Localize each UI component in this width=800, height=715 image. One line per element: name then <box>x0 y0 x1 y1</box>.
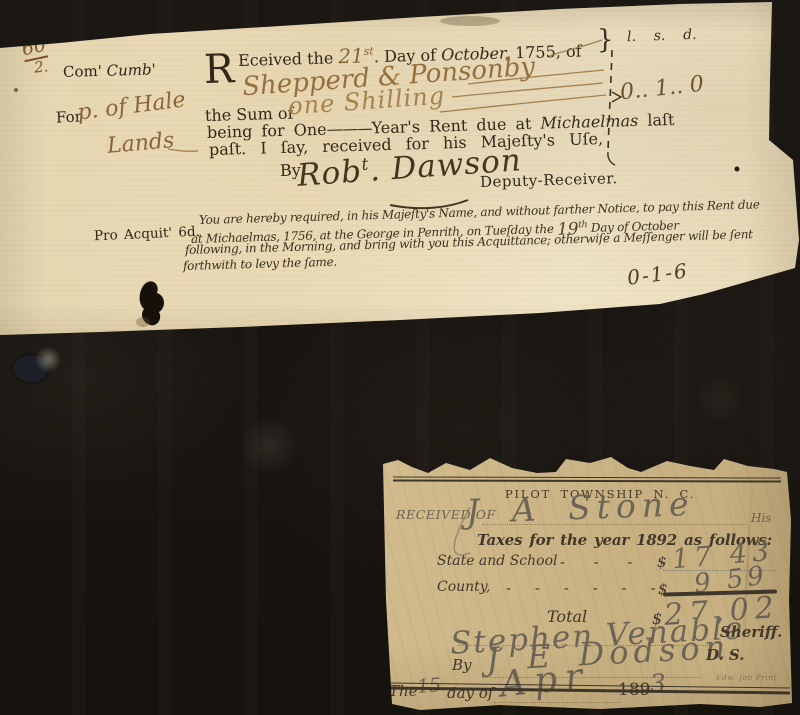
total-label: Total <box>547 607 587 626</box>
land-description-1: p. of Hale <box>76 87 187 125</box>
rent-line-1c: laſt <box>638 110 675 130</box>
tax-year-line: Taxes for the year 1892 as follows: <box>477 531 772 549</box>
row-amount-1: 17 43 <box>671 536 776 576</box>
top-double-rule <box>393 476 781 482</box>
notice-line-3: following, in the Morning, and bring wit… <box>185 227 753 257</box>
date-day-pencil: 15 <box>416 674 442 698</box>
date-year-written: 3 <box>649 668 667 698</box>
dotted-leader-month <box>494 701 620 703</box>
rent-line-1a: being for One <box>207 120 327 142</box>
notice-line-2b: Day of October <box>587 218 679 235</box>
michaelmas-italic: Michaelmas <box>540 111 638 133</box>
month-name: October, <box>441 43 510 64</box>
drop-cap-R: R <box>203 51 234 88</box>
total-amount: 27,02 <box>663 590 781 633</box>
signature-superscript: t <box>361 154 370 174</box>
dotted-leader-amount-1 <box>663 569 775 571</box>
total-rule <box>663 590 777 597</box>
rent-receipt-1755: 60 2. Com' Cumb' R Eceived the 21st. Day… <box>0 0 800 360</box>
deputy-signature: J E Dodson <box>485 628 731 679</box>
date-day-of: day of <box>447 684 493 702</box>
date-year-printed: 189 <box>618 680 650 700</box>
notice-line-2a: at Michaelmas, 1756, at the George in Pe… <box>191 222 558 246</box>
township-heading: PILOT TOWNSHIP N. C. <box>505 487 695 501</box>
received-text-2: . Day of <box>374 45 442 66</box>
rent-line-1: being for One———Year's Rent due at Micha… <box>207 110 675 142</box>
signature-part-2: . Dawson <box>369 142 523 189</box>
day-value: 21 <box>338 43 364 68</box>
printer-credit: Edw. Job Print <box>716 673 777 682</box>
background-smudge-2 <box>688 378 752 420</box>
his-label: His <box>751 511 771 525</box>
signature-part-1: Rob <box>296 153 363 193</box>
folio-number-2: 2. <box>33 57 49 76</box>
received-of-label: RECEIVED OF <box>396 507 496 522</box>
row-currency-1: $ <box>657 553 667 571</box>
by-label: By <box>280 160 301 180</box>
payer-name-handwritten: Shepperd & Ponsonby <box>241 52 536 102</box>
dotted-leader-name <box>482 523 746 525</box>
row-label-county: County, <box>437 579 490 595</box>
day-suffix: st <box>363 45 373 58</box>
payer-name-pencil: J A Stone <box>465 484 695 531</box>
paper-crease <box>741 472 754 662</box>
row-currency-2: $ <box>658 580 668 598</box>
notice-line-4: forthwith to levy the ſame. <box>183 255 337 273</box>
land-description-2: Lands <box>106 128 175 159</box>
dotted-leader-sheriff <box>458 644 710 646</box>
notice-day-handwritten: 19th <box>557 219 588 240</box>
rent-line-2: paſt. I ſay, received for his Majeſty's … <box>209 129 604 159</box>
signature-robert-dawson: Robt. Dawson <box>296 142 523 194</box>
row-dashes-2: - - - - - - <box>506 579 656 597</box>
by-label-bottom: By <box>452 656 472 674</box>
received-text: Eceived the <box>238 48 339 70</box>
received-text-3: 1755, of <box>510 41 582 62</box>
background-smudge <box>232 420 306 472</box>
notice-line-2: at Michaelmas, 1756, at the George in Pe… <box>191 214 679 248</box>
county-name: Cumb' <box>106 60 156 79</box>
row-dashes-1: - - - - <box>560 553 666 571</box>
row-amount-2: 9 59 <box>692 561 769 600</box>
date-month-pencil: Apr <box>498 655 592 705</box>
amount-lsd-handwritten: 0.. 1.. 0 <box>619 72 705 106</box>
row-label-state-school: State and School <box>437 553 557 569</box>
folio-number: 60 <box>20 34 49 63</box>
fee-note: Pro Acquit' 6d. <box>94 224 200 245</box>
county-abbrev: Com' <box>63 62 107 81</box>
photo-of-two-receipts: 60 2. Com' Cumb' R Eceived the 21st. Day… <box>0 0 800 715</box>
dotted-leader-deputy <box>482 676 700 678</box>
total-currency: $ <box>652 609 662 628</box>
sum-value-handwritten: one Shilling <box>287 82 446 121</box>
amount-note-handwritten: 0-1-6 <box>626 258 690 289</box>
currency-column-header: l. s. d. <box>627 27 697 45</box>
rent-line-1b: Year's Rent due at <box>371 114 540 138</box>
day-handwritten: 21st <box>338 43 374 68</box>
received-line: Eceived the 21st. Day of October, 1755, … <box>238 37 582 71</box>
notice-line-1: You are hereby required, in his Majeſty'… <box>199 197 760 227</box>
bottom-double-rule <box>386 683 790 695</box>
deputy-receiver-label: Deputy-Receiver. <box>480 169 618 191</box>
sheriff-label: Sheriff. <box>720 623 783 641</box>
for-label: For <box>56 107 83 126</box>
notice-day-suffix: th <box>578 219 587 230</box>
date-the: The <box>389 682 418 700</box>
sheriff-signature: Stephen Venable <box>449 610 745 661</box>
deputy-label: D. S. <box>706 646 744 664</box>
hole-smudge <box>33 347 63 372</box>
notice-day-value: 19 <box>557 219 579 240</box>
sum-prefix: the Sum of <box>205 104 294 125</box>
county-heading: Com' Cumb' <box>63 60 156 81</box>
filler-dash: ——— <box>326 118 372 138</box>
